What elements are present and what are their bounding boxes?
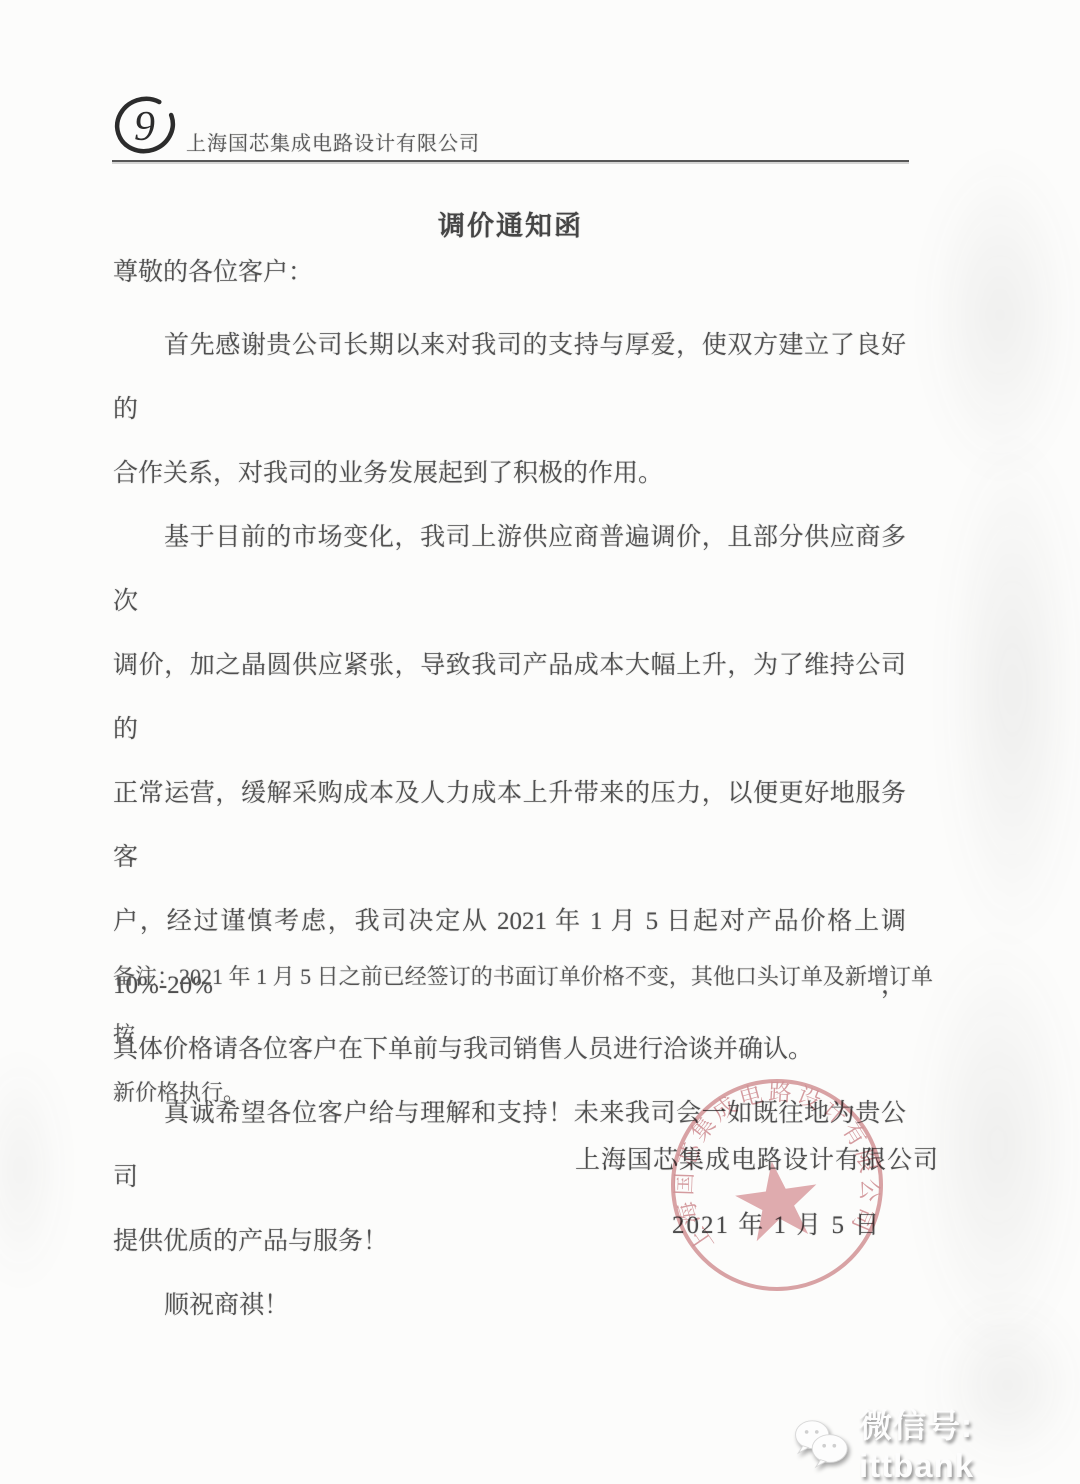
seal-star xyxy=(731,1156,823,1244)
watermark-label: 微信号: ittbank xyxy=(859,1400,1080,1484)
header-company-name: 上海国芯集成电路设计有限公司 xyxy=(186,127,480,156)
letter-title: 调价通知函 xyxy=(113,204,908,243)
watermark: 微信号: ittbank xyxy=(790,1400,1080,1484)
seal-ring-text: 上海国芯集成电路设计有限公司 xyxy=(672,1080,883,1256)
svg-text:上海国芯集成电路设计有限公司: 上海国芯集成电路设计有限公司 xyxy=(672,1080,883,1256)
scan-blotch xyxy=(0,1050,60,1290)
header-rule xyxy=(112,160,909,162)
logo-glyph: 9 xyxy=(134,104,155,150)
company-seal: 上海国芯集成电路设计有限公司 xyxy=(663,1073,891,1301)
scan-blotch xyxy=(945,430,1080,950)
body-line: 合作关系，对我司的业务发展起到了积极的作用。 xyxy=(113,442,906,506)
wechat-icon xyxy=(790,1412,851,1474)
scan-blotch xyxy=(925,150,1075,480)
body-line: 首先感谢贵公司长期以来对我司的支持与厚爱，使双方建立了良好的 xyxy=(113,314,906,442)
scan-blotch xyxy=(915,930,1080,1360)
body-line: 基于目前的市场变化，我司上游供应商普遍调价，且部分供应商多次 xyxy=(113,506,906,634)
body-line: 备注：2021 年 1 月 5 日之前已经签订的书面订单价格不变，其他口头订单及… xyxy=(113,948,933,1064)
scanned-letter-page: 9 上海国芯集成电路设计有限公司 调价通知函 尊敬的各位客户： 首先感谢贵公司长… xyxy=(0,0,1080,1484)
salutation: 尊敬的各位客户： xyxy=(113,252,313,288)
body-line: 调价，加之晶圆供应紧张，导致我司产品成本大幅上升，为了维持公司的 xyxy=(113,634,906,762)
company-logo-icon: 9 xyxy=(112,95,178,159)
body-line: 正常运营，缓解采购成本及人力成本上升带来的压力，以便更好地服务客 xyxy=(113,762,906,890)
